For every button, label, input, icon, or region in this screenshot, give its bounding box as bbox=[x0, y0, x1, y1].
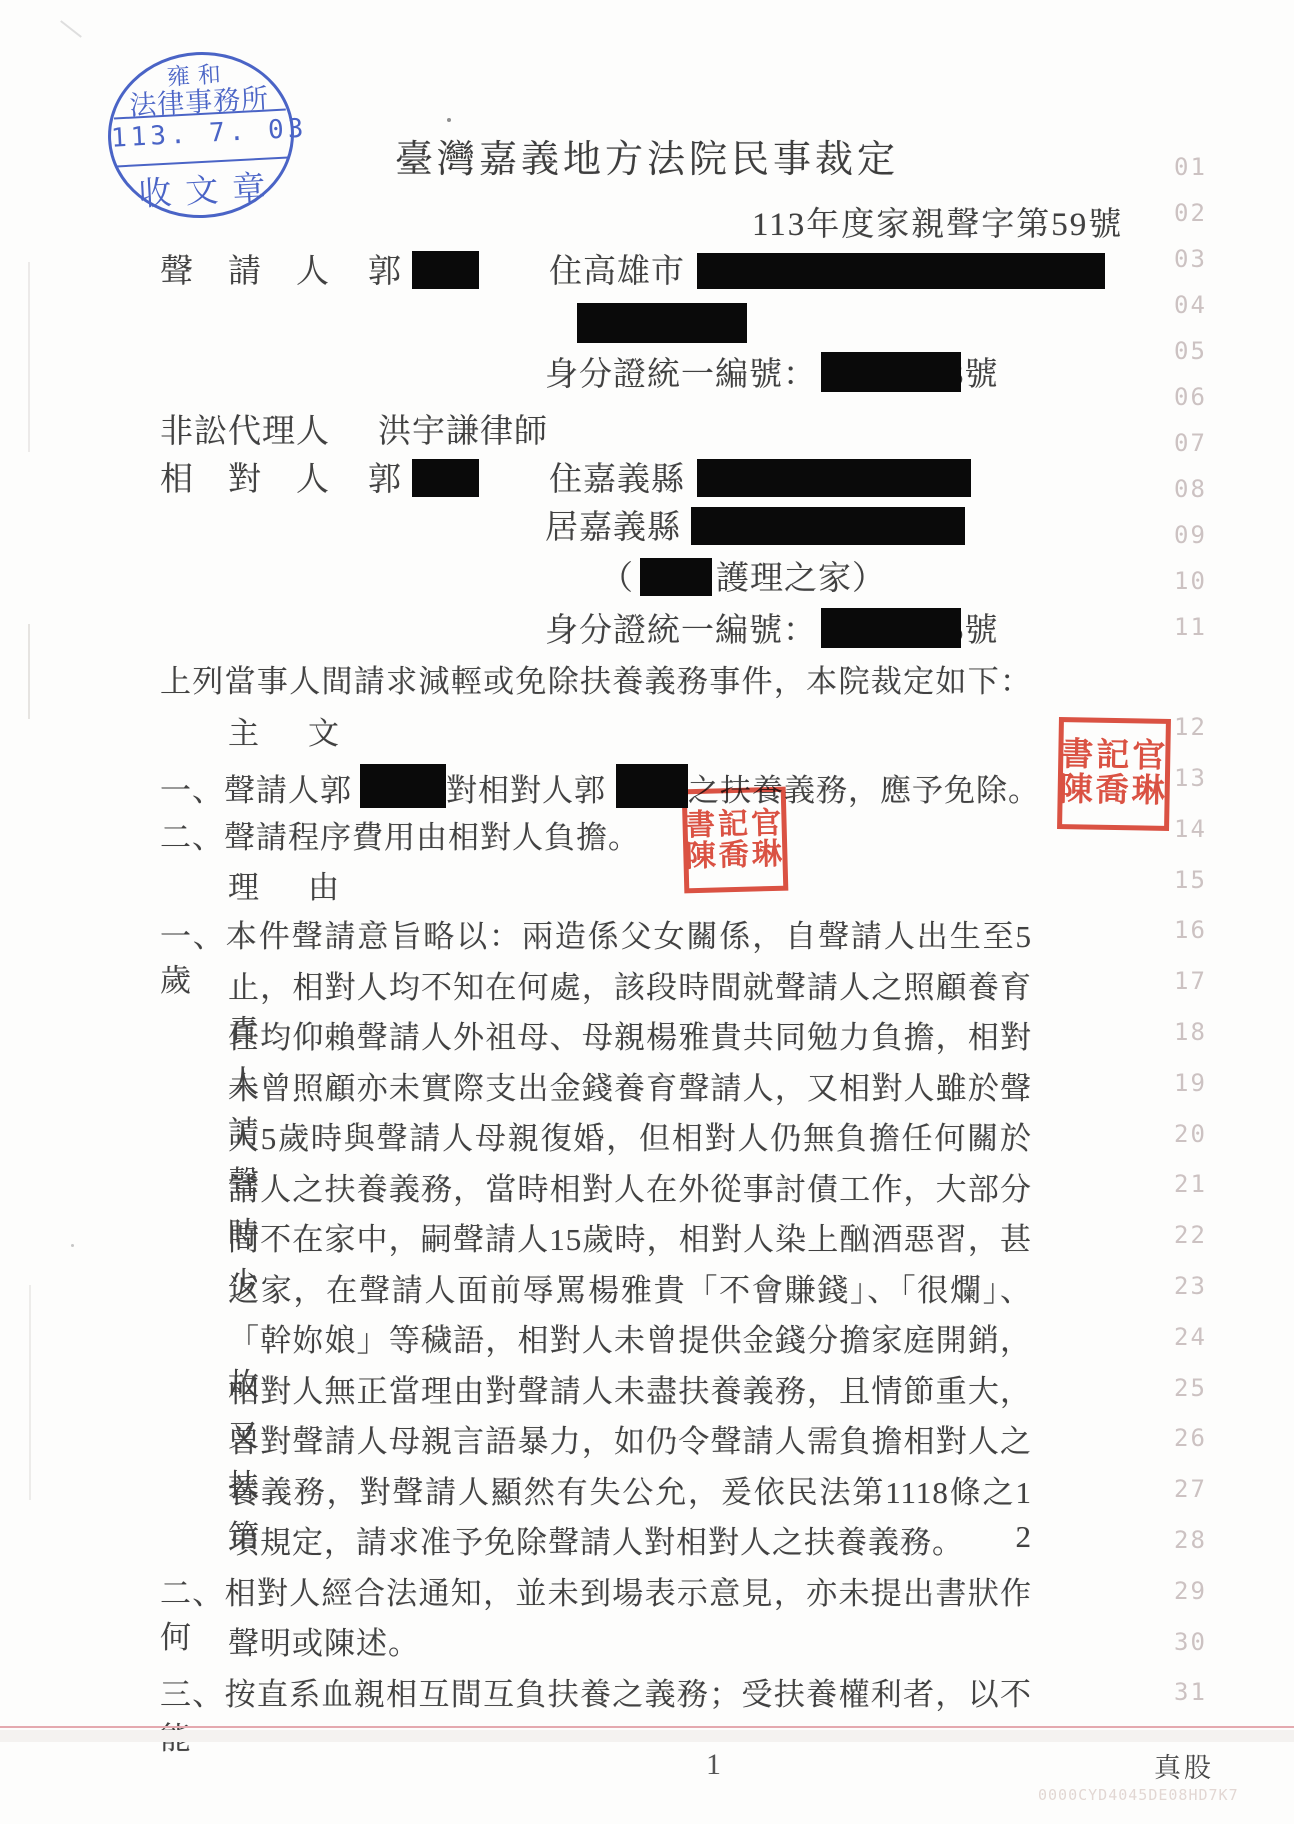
redaction-bar bbox=[697, 253, 1105, 289]
line-text: 洪宇謙律師 bbox=[378, 414, 548, 450]
line-text: 郭 bbox=[368, 462, 402, 498]
line-text: 聲 請 人 bbox=[160, 254, 330, 290]
line-number: 19 bbox=[1174, 1069, 1207, 1097]
line-text: 主 bbox=[228, 716, 260, 751]
spacer bbox=[402, 489, 412, 490]
redaction-bar bbox=[412, 251, 479, 289]
document-line-06: 非訟代理人洪宇謙律師 bbox=[160, 410, 548, 454]
court-division-label: 真股 bbox=[1154, 1746, 1214, 1785]
spacer bbox=[606, 800, 616, 801]
line-text: 由 bbox=[308, 870, 340, 905]
received-date-stamp: 雍和 法律事務所 113. 7. 03 收文章 bbox=[104, 47, 298, 223]
line-number: 10 bbox=[1174, 567, 1207, 595]
spacer bbox=[260, 897, 308, 898]
spacer bbox=[681, 537, 691, 538]
line-text: 一、聲請人郭 bbox=[160, 773, 352, 808]
line-number: 04 bbox=[1174, 291, 1207, 319]
scanned-court-document: 雍和 法律事務所 113. 7. 03 收文章 臺灣嘉義地方法院民事裁定 113… bbox=[0, 0, 1294, 1824]
line-number: 30 bbox=[1174, 1628, 1207, 1656]
scan-edge-artifact bbox=[28, 262, 30, 452]
line-text: 護理之家） bbox=[716, 561, 886, 597]
line-number: 22 bbox=[1174, 1221, 1207, 1249]
line-number: 02 bbox=[1174, 199, 1207, 227]
line-number: 13 bbox=[1174, 764, 1207, 792]
document-line-04 bbox=[577, 303, 747, 348]
document-line-28: 項規定，請求准予免除聲請人對相對人之扶養義務。 bbox=[228, 1521, 964, 1565]
clerk-seal-title: 書記官 bbox=[685, 807, 785, 841]
line-text: 身分證統一編號： bbox=[545, 613, 817, 649]
line-number: 15 bbox=[1174, 866, 1207, 894]
document-line-31: 三、按直系血親相互間互負扶養之義務；受扶養權利者，以不能 bbox=[160, 1673, 1032, 1761]
spacer bbox=[402, 281, 412, 282]
spacer bbox=[685, 489, 697, 490]
line-text: 返家，在聲請人面前辱罵楊雅貴「不會賺錢」、「很爛」、 bbox=[228, 1273, 1032, 1308]
document-line-05: 身分證統一編號：3號 bbox=[545, 352, 999, 397]
line-text: 理 bbox=[228, 870, 260, 905]
scan-artifact bbox=[60, 20, 82, 38]
line-number: 16 bbox=[1174, 916, 1207, 944]
clerk-seal-name: 陳喬琳 bbox=[1059, 773, 1168, 810]
line-number: 28 bbox=[1174, 1526, 1207, 1554]
line-text: 二、聲請程序費用由相對人負擔。 bbox=[160, 820, 640, 855]
document-title: 臺灣嘉義地方法院民事裁定 bbox=[395, 128, 899, 183]
line-number: 27 bbox=[1174, 1475, 1207, 1503]
clerk-seal-name: 陳喬琳 bbox=[686, 839, 786, 873]
document-line-15: 理由 bbox=[228, 866, 340, 910]
spacer bbox=[479, 281, 549, 282]
line-text: 居嘉義縣 bbox=[545, 510, 681, 546]
line-number: 05 bbox=[1174, 337, 1207, 365]
line-number: 17 bbox=[1174, 967, 1207, 995]
redaction-bar bbox=[691, 507, 965, 545]
line-text: 郭 bbox=[368, 254, 402, 290]
document-line-12: 主文 bbox=[228, 712, 340, 756]
redaction-bar bbox=[640, 558, 712, 596]
document-line-13: 一、聲請人郭對相對人郭之扶養義務，應予免除。 bbox=[160, 764, 1040, 813]
line-number: 20 bbox=[1174, 1120, 1207, 1148]
line-number: 23 bbox=[1174, 1272, 1207, 1300]
scan-speck bbox=[447, 118, 451, 122]
redaction-bar bbox=[360, 764, 446, 808]
redaction-bar bbox=[697, 459, 971, 497]
line-text: 非訟代理人 bbox=[160, 414, 330, 450]
redaction-bar bbox=[577, 303, 747, 343]
clerk-seal-title: 書記官 bbox=[1060, 738, 1169, 775]
document-line-03: 聲 請 人郭住高雄市 bbox=[160, 250, 1105, 294]
document-line-30: 聲明或陳述。 bbox=[228, 1622, 420, 1666]
line-number: 08 bbox=[1174, 475, 1207, 503]
scan-edge-artifact bbox=[29, 1285, 31, 1500]
line-number: 21 bbox=[1174, 1170, 1207, 1198]
line-number: 29 bbox=[1174, 1577, 1207, 1605]
line-number: 12 bbox=[1174, 713, 1207, 741]
redaction-bar bbox=[412, 459, 479, 497]
document-line-09: （護理之家） bbox=[600, 557, 886, 601]
spacer bbox=[260, 743, 308, 744]
line-text: 文 bbox=[308, 716, 340, 751]
page-number: 1 bbox=[706, 1748, 721, 1782]
line-number: 26 bbox=[1174, 1424, 1207, 1452]
redaction-bar bbox=[821, 608, 961, 648]
redaction-bar bbox=[821, 352, 961, 392]
case-number: 113年度家親聲字第59號 bbox=[752, 198, 1123, 245]
line-number: 03 bbox=[1174, 245, 1207, 273]
scan-gray-band bbox=[0, 1730, 1294, 1742]
line-text: 上列當事人間請求減輕或免除扶養義務事件，本院裁定如下： bbox=[160, 664, 1032, 699]
line-number: 06 bbox=[1174, 383, 1207, 411]
scan-speck bbox=[71, 1244, 74, 1247]
document-barcode-text: 0000CYD4045DE08HD7K7 bbox=[1038, 1786, 1239, 1804]
line-number: 14 bbox=[1174, 815, 1207, 843]
spacer bbox=[352, 800, 360, 801]
spacer bbox=[330, 281, 368, 282]
line-text: 聲明或陳述。 bbox=[228, 1626, 420, 1661]
clerk-seal-inline: 書記官 陳喬琳 bbox=[682, 787, 789, 894]
line-text: （ bbox=[600, 561, 634, 597]
redaction-bar bbox=[616, 764, 688, 808]
line-text: 三、按直系血親相互間互負扶養之義務；受扶養權利者，以不能 bbox=[160, 1677, 1032, 1756]
line-text: 住高雄市 bbox=[549, 254, 685, 290]
line-text: 相 對 人 bbox=[160, 462, 330, 498]
line-text: 項規定，請求准予免除聲請人對相對人之扶養義務。 bbox=[228, 1525, 964, 1560]
line-number: 31 bbox=[1174, 1678, 1207, 1706]
line-number: 18 bbox=[1174, 1018, 1207, 1046]
line-text: 住嘉義縣 bbox=[549, 462, 685, 498]
line-number: 11 bbox=[1174, 613, 1207, 641]
scan-edge-artifact bbox=[28, 624, 30, 719]
scan-pink-line bbox=[0, 1726, 1294, 1728]
document-line-07: 相 對 人郭住嘉義縣 bbox=[160, 458, 971, 502]
line-number: 09 bbox=[1174, 521, 1207, 549]
line-number: 07 bbox=[1174, 429, 1207, 457]
line-number: 24 bbox=[1174, 1323, 1207, 1351]
line-number: 01 bbox=[1174, 153, 1207, 181]
line-text: 對相對人郭 bbox=[446, 773, 606, 808]
spacer bbox=[330, 441, 378, 442]
line-text: 身分證統一編號： bbox=[545, 357, 817, 393]
stamp-received-label: 收文章 bbox=[113, 160, 295, 216]
document-line-08: 居嘉義縣 bbox=[545, 506, 965, 550]
document-line-11: 上列當事人間請求減輕或免除扶養義務事件，本院裁定如下： bbox=[160, 660, 1032, 704]
clerk-seal-margin: 書記官 陳喬琳 bbox=[1057, 717, 1171, 831]
spacer bbox=[685, 281, 697, 282]
spacer bbox=[330, 489, 368, 490]
document-line-10: 身分證統一編號：5號 bbox=[545, 608, 999, 653]
spacer bbox=[479, 489, 549, 490]
document-line-14: 二、聲請程序費用由相對人負擔。 bbox=[160, 816, 640, 860]
document-line-23: 返家，在聲請人面前辱罵楊雅貴「不會賺錢」、「很爛」、 bbox=[228, 1269, 1032, 1313]
line-number: 25 bbox=[1174, 1374, 1207, 1402]
